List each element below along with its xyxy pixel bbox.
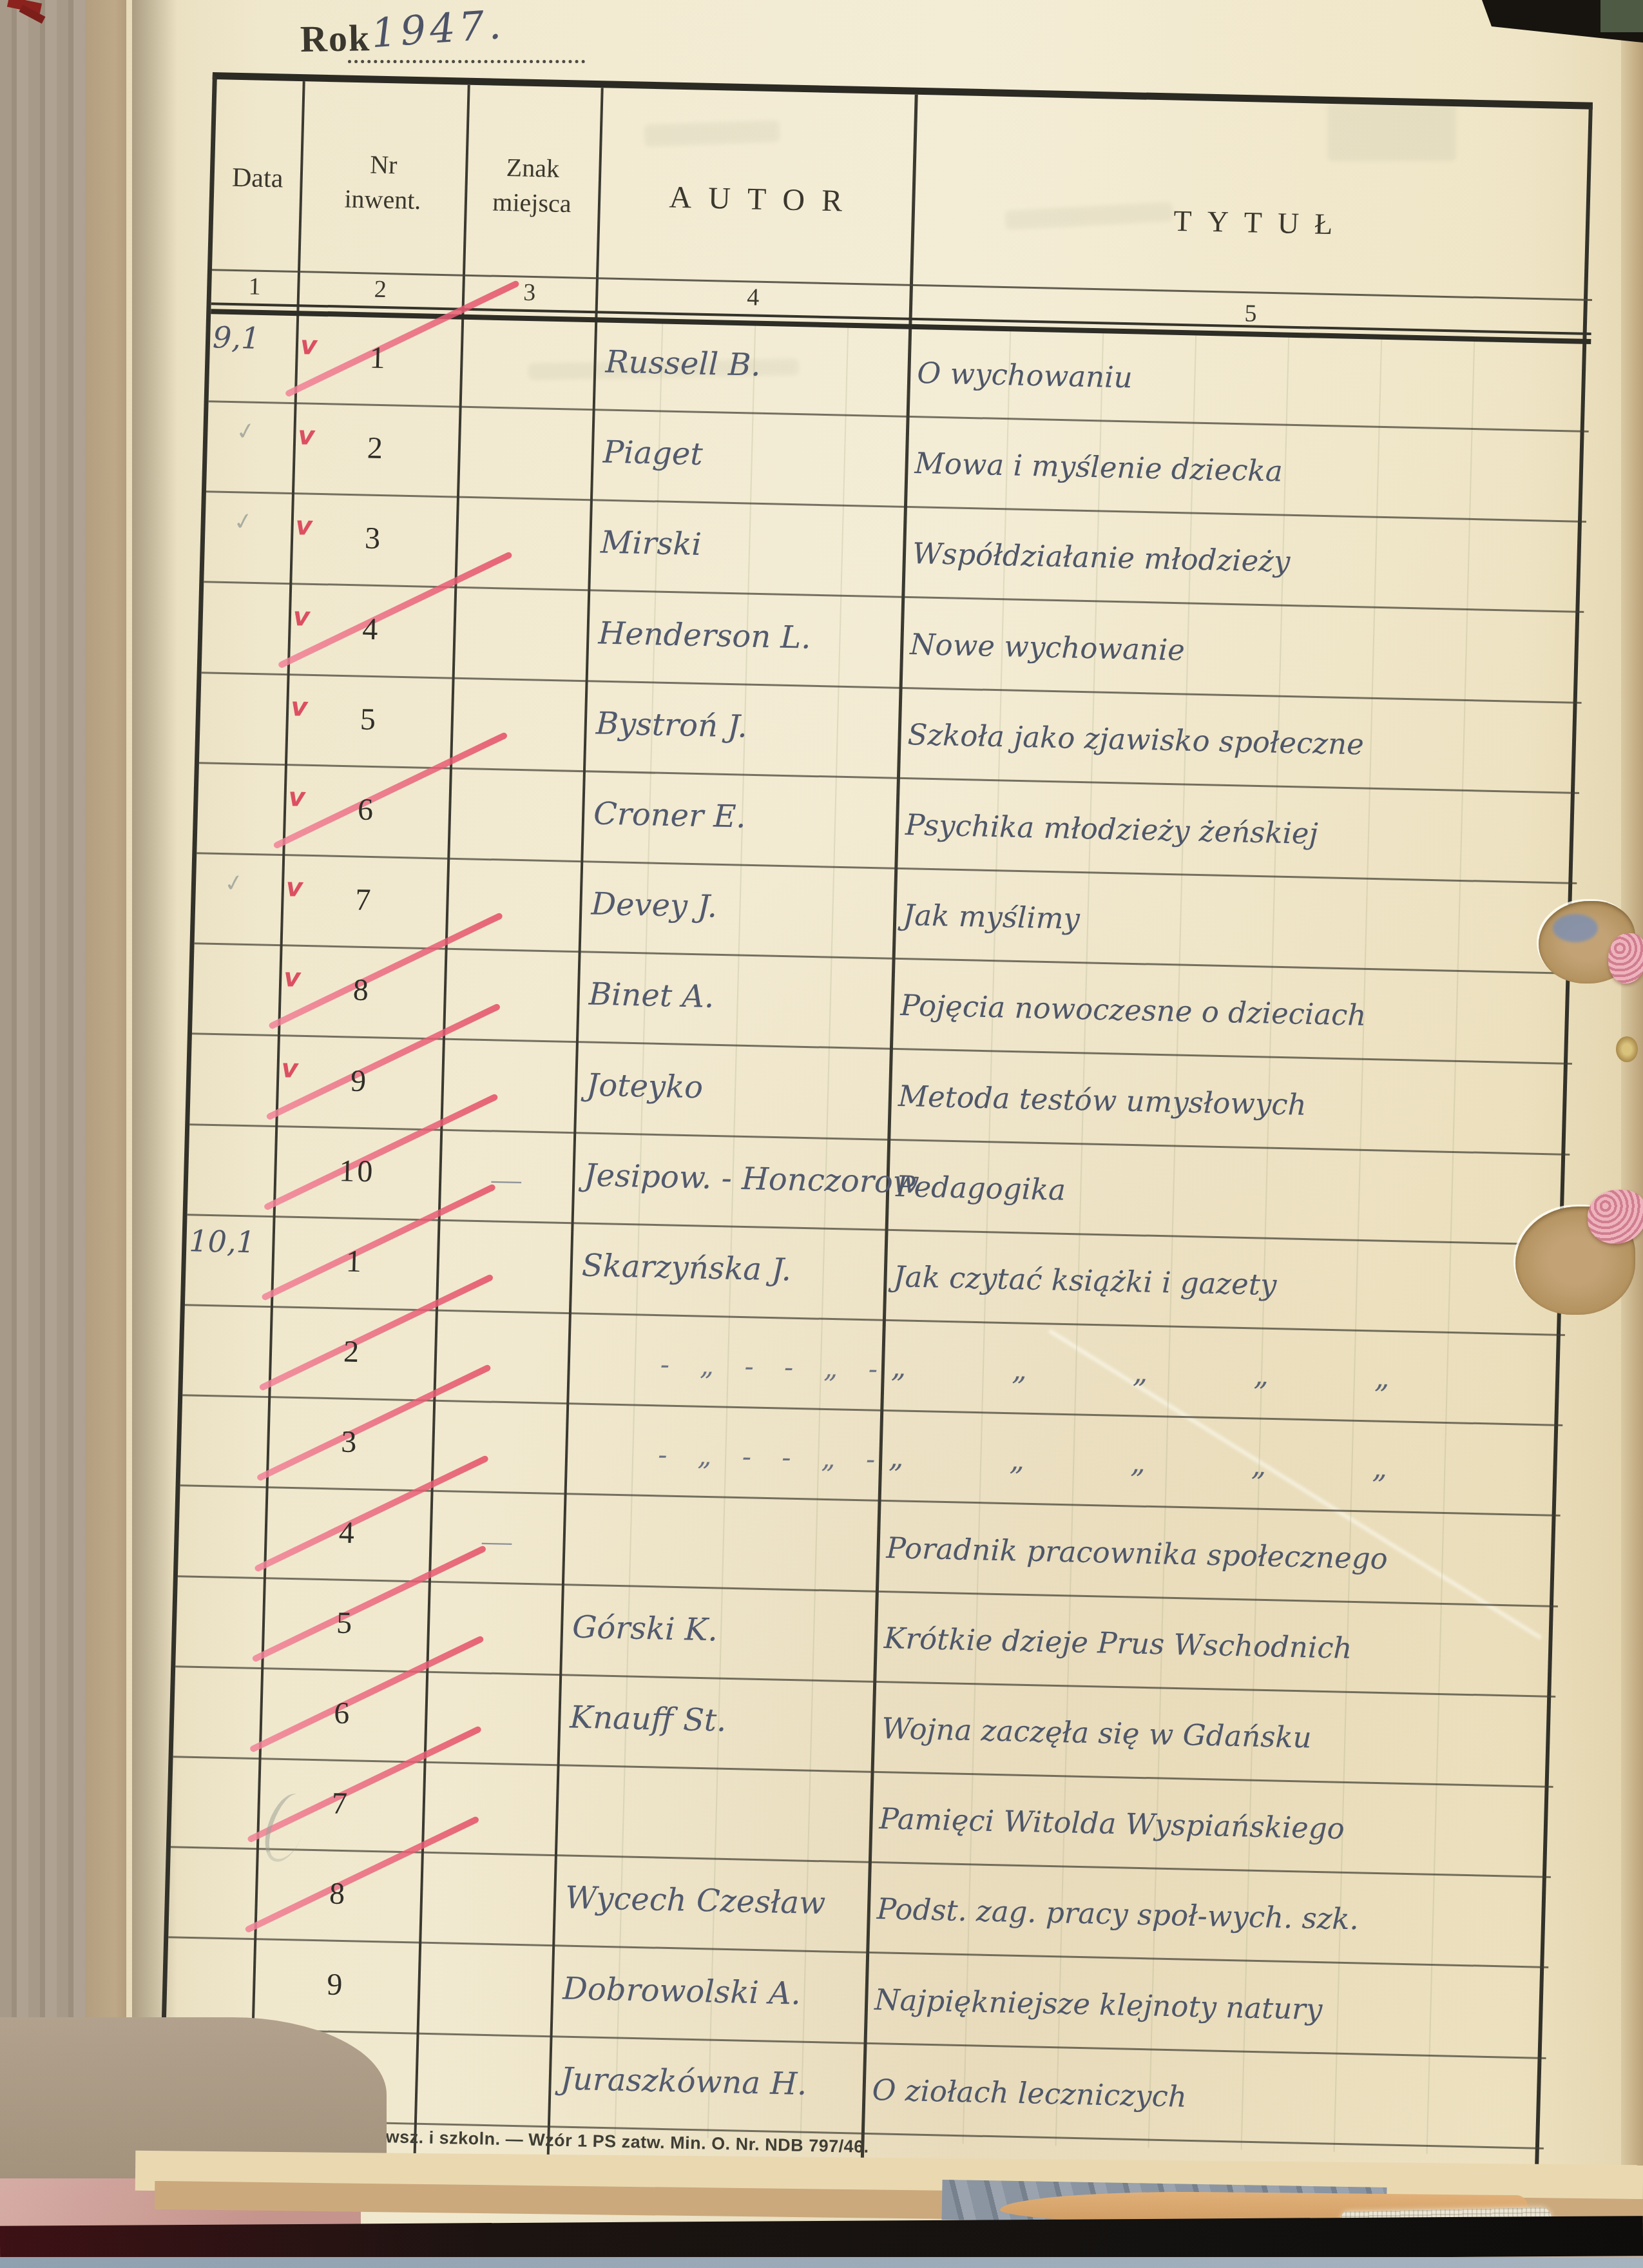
row-author: Devey J. <box>591 886 718 925</box>
row-inventory-number: 3 <box>267 1422 433 1462</box>
header-znak-line2: miejsca <box>492 188 572 218</box>
header-nr-line2: inwent. <box>344 184 421 215</box>
row-title: Pojęcia nowoczesne o dzieciach <box>900 989 1367 1033</box>
scanner-edge-strip <box>0 2257 1643 2268</box>
inventory-table: Data Nr inwent. Znak miejsca AUTOR TYTUŁ… <box>158 72 1593 2192</box>
row-inventory-number: 10 <box>274 1152 440 1191</box>
row-author: Russell B. <box>605 344 762 383</box>
row-title: Wojna zaczęła się w Gdańsku <box>881 1711 1312 1755</box>
row-date: 10,1 <box>189 1223 256 1259</box>
row-author: Jesipow. - Honczorow <box>584 1157 920 1200</box>
row-inventory-number: 6 <box>283 790 449 829</box>
row-title: Mowa i myślenie dziecka <box>914 446 1283 488</box>
column-number: 4 <box>596 280 910 315</box>
row-inventory-number: 8 <box>279 971 445 1010</box>
year-dotted-line <box>348 37 585 63</box>
row-inventory-number: 4 <box>265 1513 430 1553</box>
row-inventory-number: 1 <box>272 1242 437 1281</box>
pencil-check-mark: ✓ <box>235 418 258 447</box>
row-inventory-number: 9 <box>253 1965 419 2004</box>
row-title: O wychowaniu <box>917 356 1133 394</box>
row-author: Knauff St. <box>570 1700 727 1739</box>
row-inventory-number: 3 <box>291 519 456 558</box>
row-title: Pamięci Witolda Wyspiańskiego <box>879 1801 1345 1846</box>
ink-mark-in-hole <box>1553 914 1598 942</box>
row-inventory-number: 5 <box>286 700 452 739</box>
row-inventory-number: 7 <box>258 1784 423 1823</box>
header-znak-miejsca: Znak miejsca <box>465 150 600 222</box>
row-inventory-number: 4 <box>289 610 454 649</box>
header-tytul: TYTUŁ <box>912 198 1594 247</box>
pink-binding-thread <box>1608 933 1643 984</box>
row-author: Henderson L. <box>598 615 812 655</box>
row-author: Joteyko <box>586 1067 703 1105</box>
row-date: 9,1 <box>213 320 261 356</box>
scanned-register-page: Rok 1947. Data Nr inwent. Znak miejsca A… <box>0 0 1643 2268</box>
pencil-check-mark: ✓ <box>232 508 255 537</box>
row-title: Pedagogika <box>896 1169 1066 1207</box>
row-author: Dobrowolski A. <box>562 1970 802 2011</box>
row-title: Poradnik pracownika społecznego <box>886 1531 1388 1576</box>
row-title: „ „ „ „ „ <box>890 1350 1390 1395</box>
page-edge-sliver <box>1621 26 1643 2204</box>
column-number: 2 <box>298 273 463 305</box>
pink-binding-thread <box>1588 1190 1643 1244</box>
row-shelf-mark: — <box>430 1522 564 1559</box>
row-inventory-number: 2 <box>293 429 459 468</box>
row-shelf-mark: — <box>439 1160 573 1197</box>
row-author: Bystroń J. <box>595 705 748 744</box>
row-inventory-number: 9 <box>276 1061 442 1101</box>
row-author: Mirski <box>601 525 702 563</box>
row-inventory-number: 5 <box>262 1604 428 1643</box>
row-inventory-number: 7 <box>282 880 447 920</box>
header-znak-line1: Znak <box>506 153 559 183</box>
row-author: Górski K. <box>572 1609 718 1648</box>
row-inventory-number: 1 <box>296 338 461 378</box>
row-title: Najpiękniejsze klejnoty natury <box>874 1982 1323 2026</box>
row-inventory-number: 8 <box>255 1874 421 1914</box>
header-autor: AUTOR <box>599 178 913 220</box>
book-spine-cardboard <box>0 0 90 2268</box>
row-author: Croner E. <box>593 796 746 835</box>
row-title: O ziołach leczniczych <box>872 2073 1187 2114</box>
row-author: Skarzyńska J. <box>581 1248 792 1288</box>
column-number: 1 <box>211 271 298 302</box>
header-nr-inwent: Nr inwent. <box>300 146 466 219</box>
row-author: - „ - - „ - <box>660 1348 878 1384</box>
pencil-check-mark: ✓ <box>222 869 245 898</box>
row-title: Jak czytać książki i gazety <box>893 1259 1277 1302</box>
row-author: Binet A. <box>588 976 715 1015</box>
row-title: Szkoła jako zjawisko społeczne <box>907 717 1364 761</box>
row-author: Wycech Czesław <box>564 1880 826 1922</box>
brass-grommet <box>1616 1036 1638 1062</box>
row-inventory-number: 6 <box>260 1694 426 1733</box>
row-title: Jak myślimy <box>903 898 1081 936</box>
row-inventory-number: 2 <box>269 1332 435 1371</box>
row-title: „ „ „ „ „ <box>889 1440 1388 1486</box>
header-data: Data <box>214 162 301 195</box>
row-author: - „ - - „ - <box>658 1439 876 1475</box>
row-title: Nowe wychowanie <box>910 627 1186 667</box>
row-author: Piaget <box>602 434 703 472</box>
row-title: Współdziałanie młodzieży <box>912 537 1291 579</box>
row-author: Juraszkówna H. <box>560 2060 807 2102</box>
binding-cloth-corner <box>1600 0 1643 32</box>
row-title: Podst. zag. pracy społ-wych. szk. <box>876 1892 1359 1937</box>
row-title: Metoda testów umysłowych <box>898 1079 1307 1122</box>
header-nr-line1: Nr <box>370 150 398 179</box>
row-title: Krótkie dzieje Prus Wschodnich <box>883 1621 1352 1665</box>
row-title: Psychika młodzieży żeńskiej <box>905 808 1318 851</box>
